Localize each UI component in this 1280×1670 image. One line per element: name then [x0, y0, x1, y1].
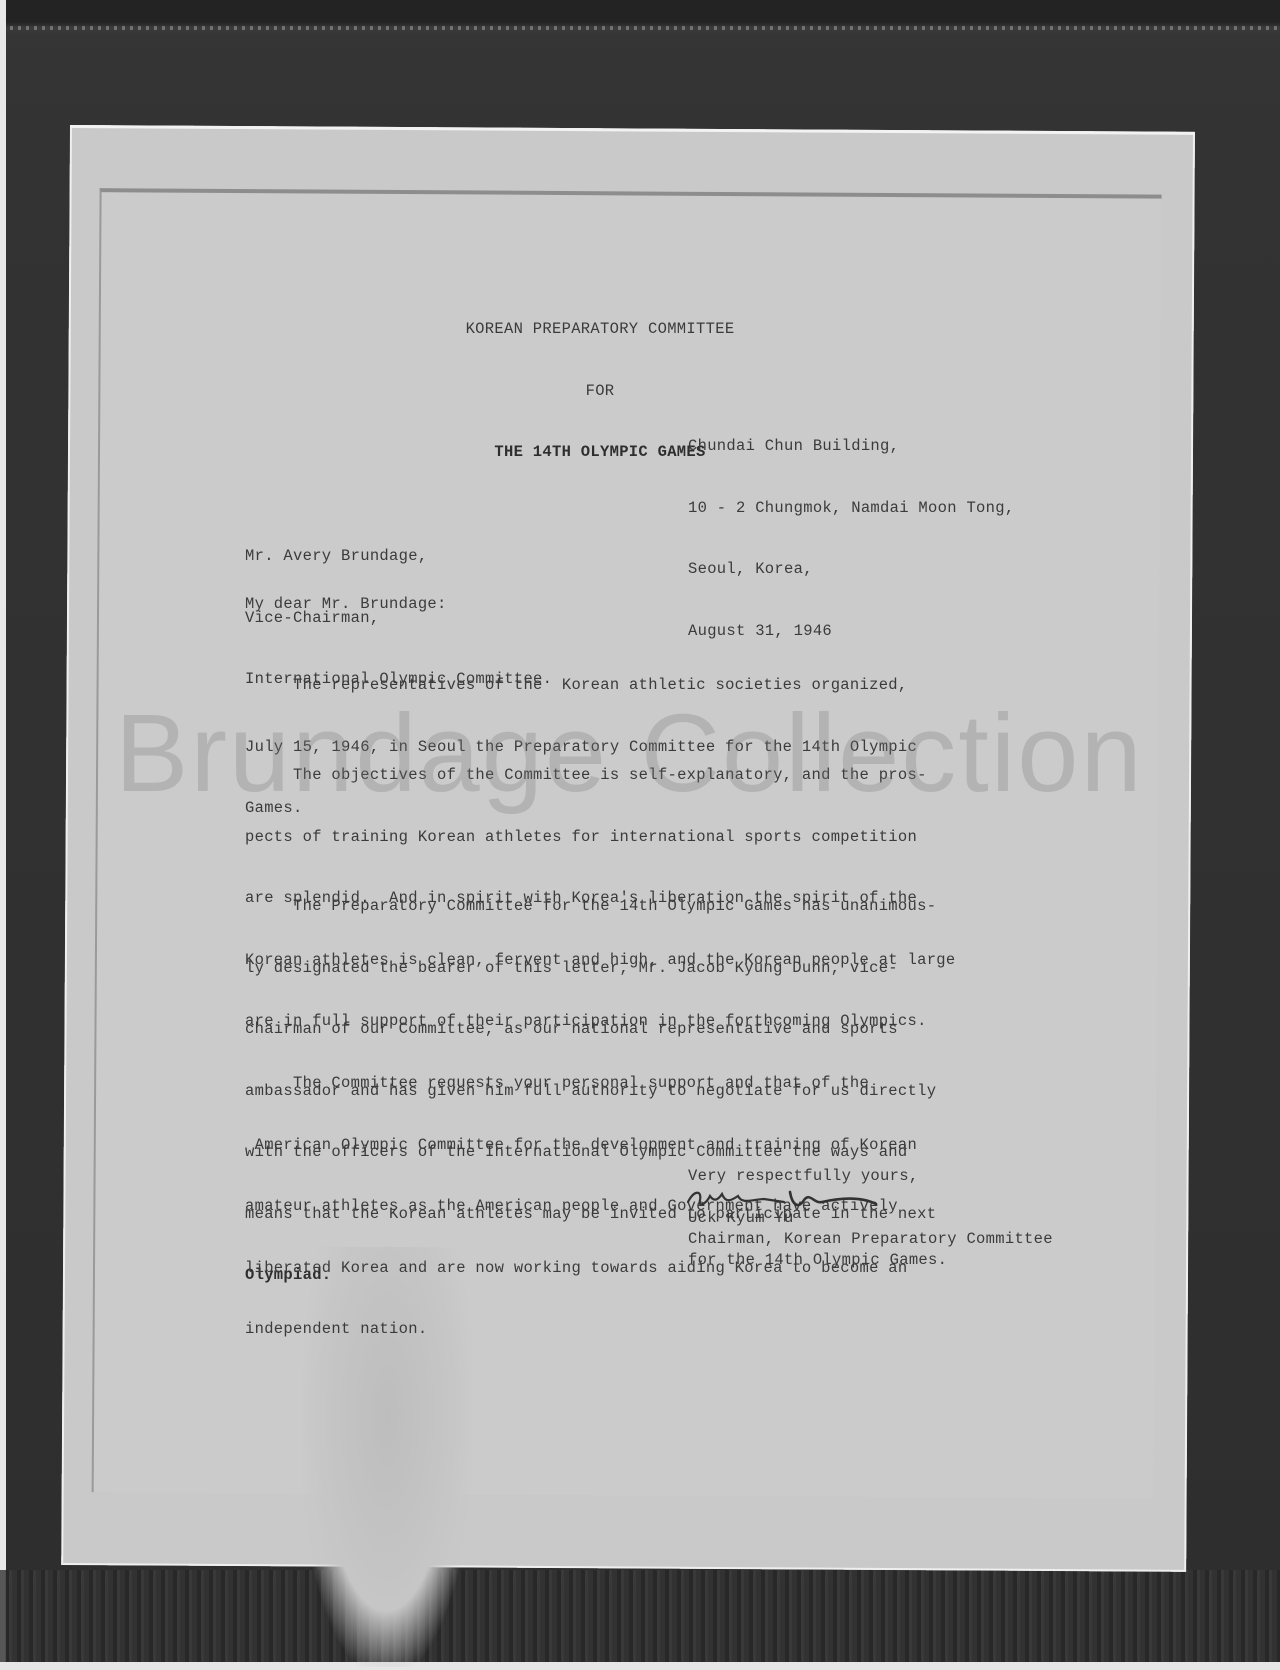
salutation: My dear Mr. Brundage:	[245, 594, 447, 615]
body-line: The Committee requests your personal sup…	[245, 1073, 1075, 1094]
scan-artifact-top	[10, 26, 1280, 30]
recipient-line: Mr. Avery Brundage,	[245, 546, 552, 567]
signer-title: Chairman, Korean Preparatory Committee	[688, 1229, 1053, 1250]
scan-artifact-bottom	[0, 1570, 1280, 1662]
letterhead: KOREAN PREPARATORY COMMITTEE FOR THE 14T…	[0, 278, 1280, 483]
scan-artifact-bottom-strip	[0, 1662, 1280, 1670]
letterhead-line-2: FOR	[0, 381, 1280, 402]
body-line: ly designated the bearer of this letter,…	[245, 958, 1075, 979]
body-line: The representatives of the Korean athlet…	[245, 675, 1075, 696]
body-line: pects of training Korean athletes for in…	[245, 827, 1075, 848]
scan-artifact-left	[0, 0, 6, 1670]
letterhead-line-1: KOREAN PREPARATORY COMMITTEE	[0, 319, 1280, 340]
address-line: 10 - 2 Chungmok, Namdai Moon Tong,	[688, 498, 1014, 519]
body-line: amateur athletes as the American people …	[245, 1196, 1075, 1217]
body-line: American Olympic Committee for the devel…	[245, 1135, 1075, 1156]
address-line: Chundai Chun Building,	[688, 436, 1014, 457]
body-line: The objectives of the Committee is self-…	[245, 765, 1075, 786]
body-paragraph-4: The Committee requests your personal sup…	[245, 1032, 1075, 1360]
sender-address: Chundai Chun Building, 10 - 2 Chungmok, …	[688, 395, 1014, 662]
body-line: liberated Korea and are now working towa…	[245, 1258, 1075, 1279]
signer-name: Uck Kyum Yu	[688, 1208, 794, 1229]
address-line: Seoul, Korea,	[688, 559, 1014, 580]
signer-title-2: for the 14th Olympic Games.	[688, 1250, 947, 1271]
body-line: independent nation.	[245, 1319, 1075, 1340]
letterhead-line-3: THE 14TH OLYMPIC GAMES	[0, 442, 1280, 463]
body-line: The Preparatory Committee for the 14th O…	[245, 896, 1075, 917]
